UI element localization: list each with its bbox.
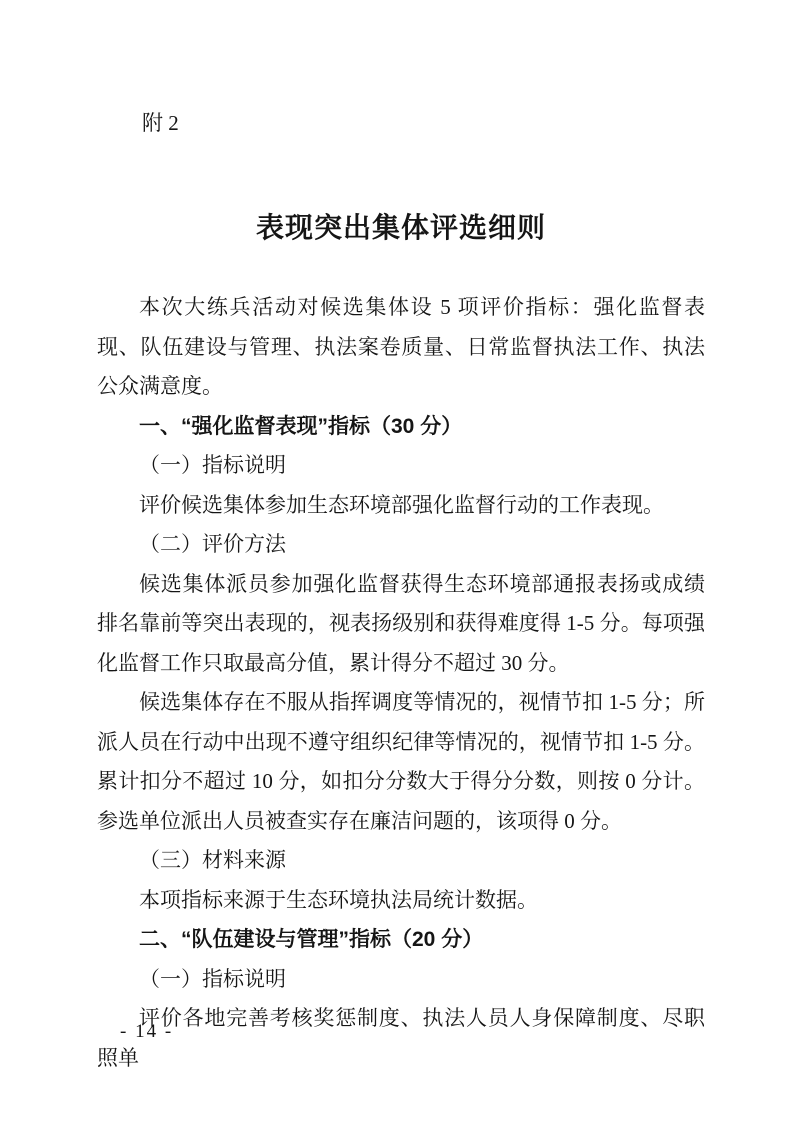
section-1-paragraph-4: 本项指标来源于生态环境执法局统计数据。 (97, 881, 705, 921)
section-1-paragraph-2: 候选集体派员参加强化监督获得生态环境部通报表扬或成绩排名靠前等突出表现的，视表扬… (97, 565, 705, 684)
page-number: - 14 - (120, 1012, 173, 1051)
section-1-paragraph-1: 评价候选集体参加生态环境部强化监督行动的工作表现。 (97, 486, 705, 526)
section-1-subheading-1: （一）指标说明 (97, 446, 705, 486)
section-1-subheading-2: （二）评价方法 (97, 525, 705, 565)
intro-paragraph: 本次大练兵活动对候选集体设 5 项评价指标：强化监督表现、队伍建设与管理、执法案… (97, 288, 705, 407)
section-1-heading: 一、“强化监督表现”指标（30 分） (97, 407, 705, 447)
document-title: 表现突出集体评选细则 (97, 206, 705, 250)
document-body: 本次大练兵活动对候选集体设 5 项评价指标：强化监督表现、队伍建设与管理、执法案… (97, 288, 705, 1078)
attachment-label: 附 2 (97, 104, 705, 143)
section-2-subheading-1: （一）指标说明 (97, 960, 705, 1000)
section-1-paragraph-3: 候选集体存在不服从指挥调度等情况的，视情节扣 1-5 分；所派人员在行动中出现不… (97, 683, 705, 841)
section-2-heading: 二、“队伍建设与管理”指标（20 分） (97, 920, 705, 960)
section-1-subheading-3: （三）材料来源 (97, 841, 705, 881)
document-page: 附 2 表现突出集体评选细则 本次大练兵活动对候选集体设 5 项评价指标：强化监… (97, 0, 705, 1078)
section-2-paragraph-1-truncated: 评价各地完善考核奖惩制度、执法人员人身保障制度、尽职照单 (97, 999, 705, 1078)
